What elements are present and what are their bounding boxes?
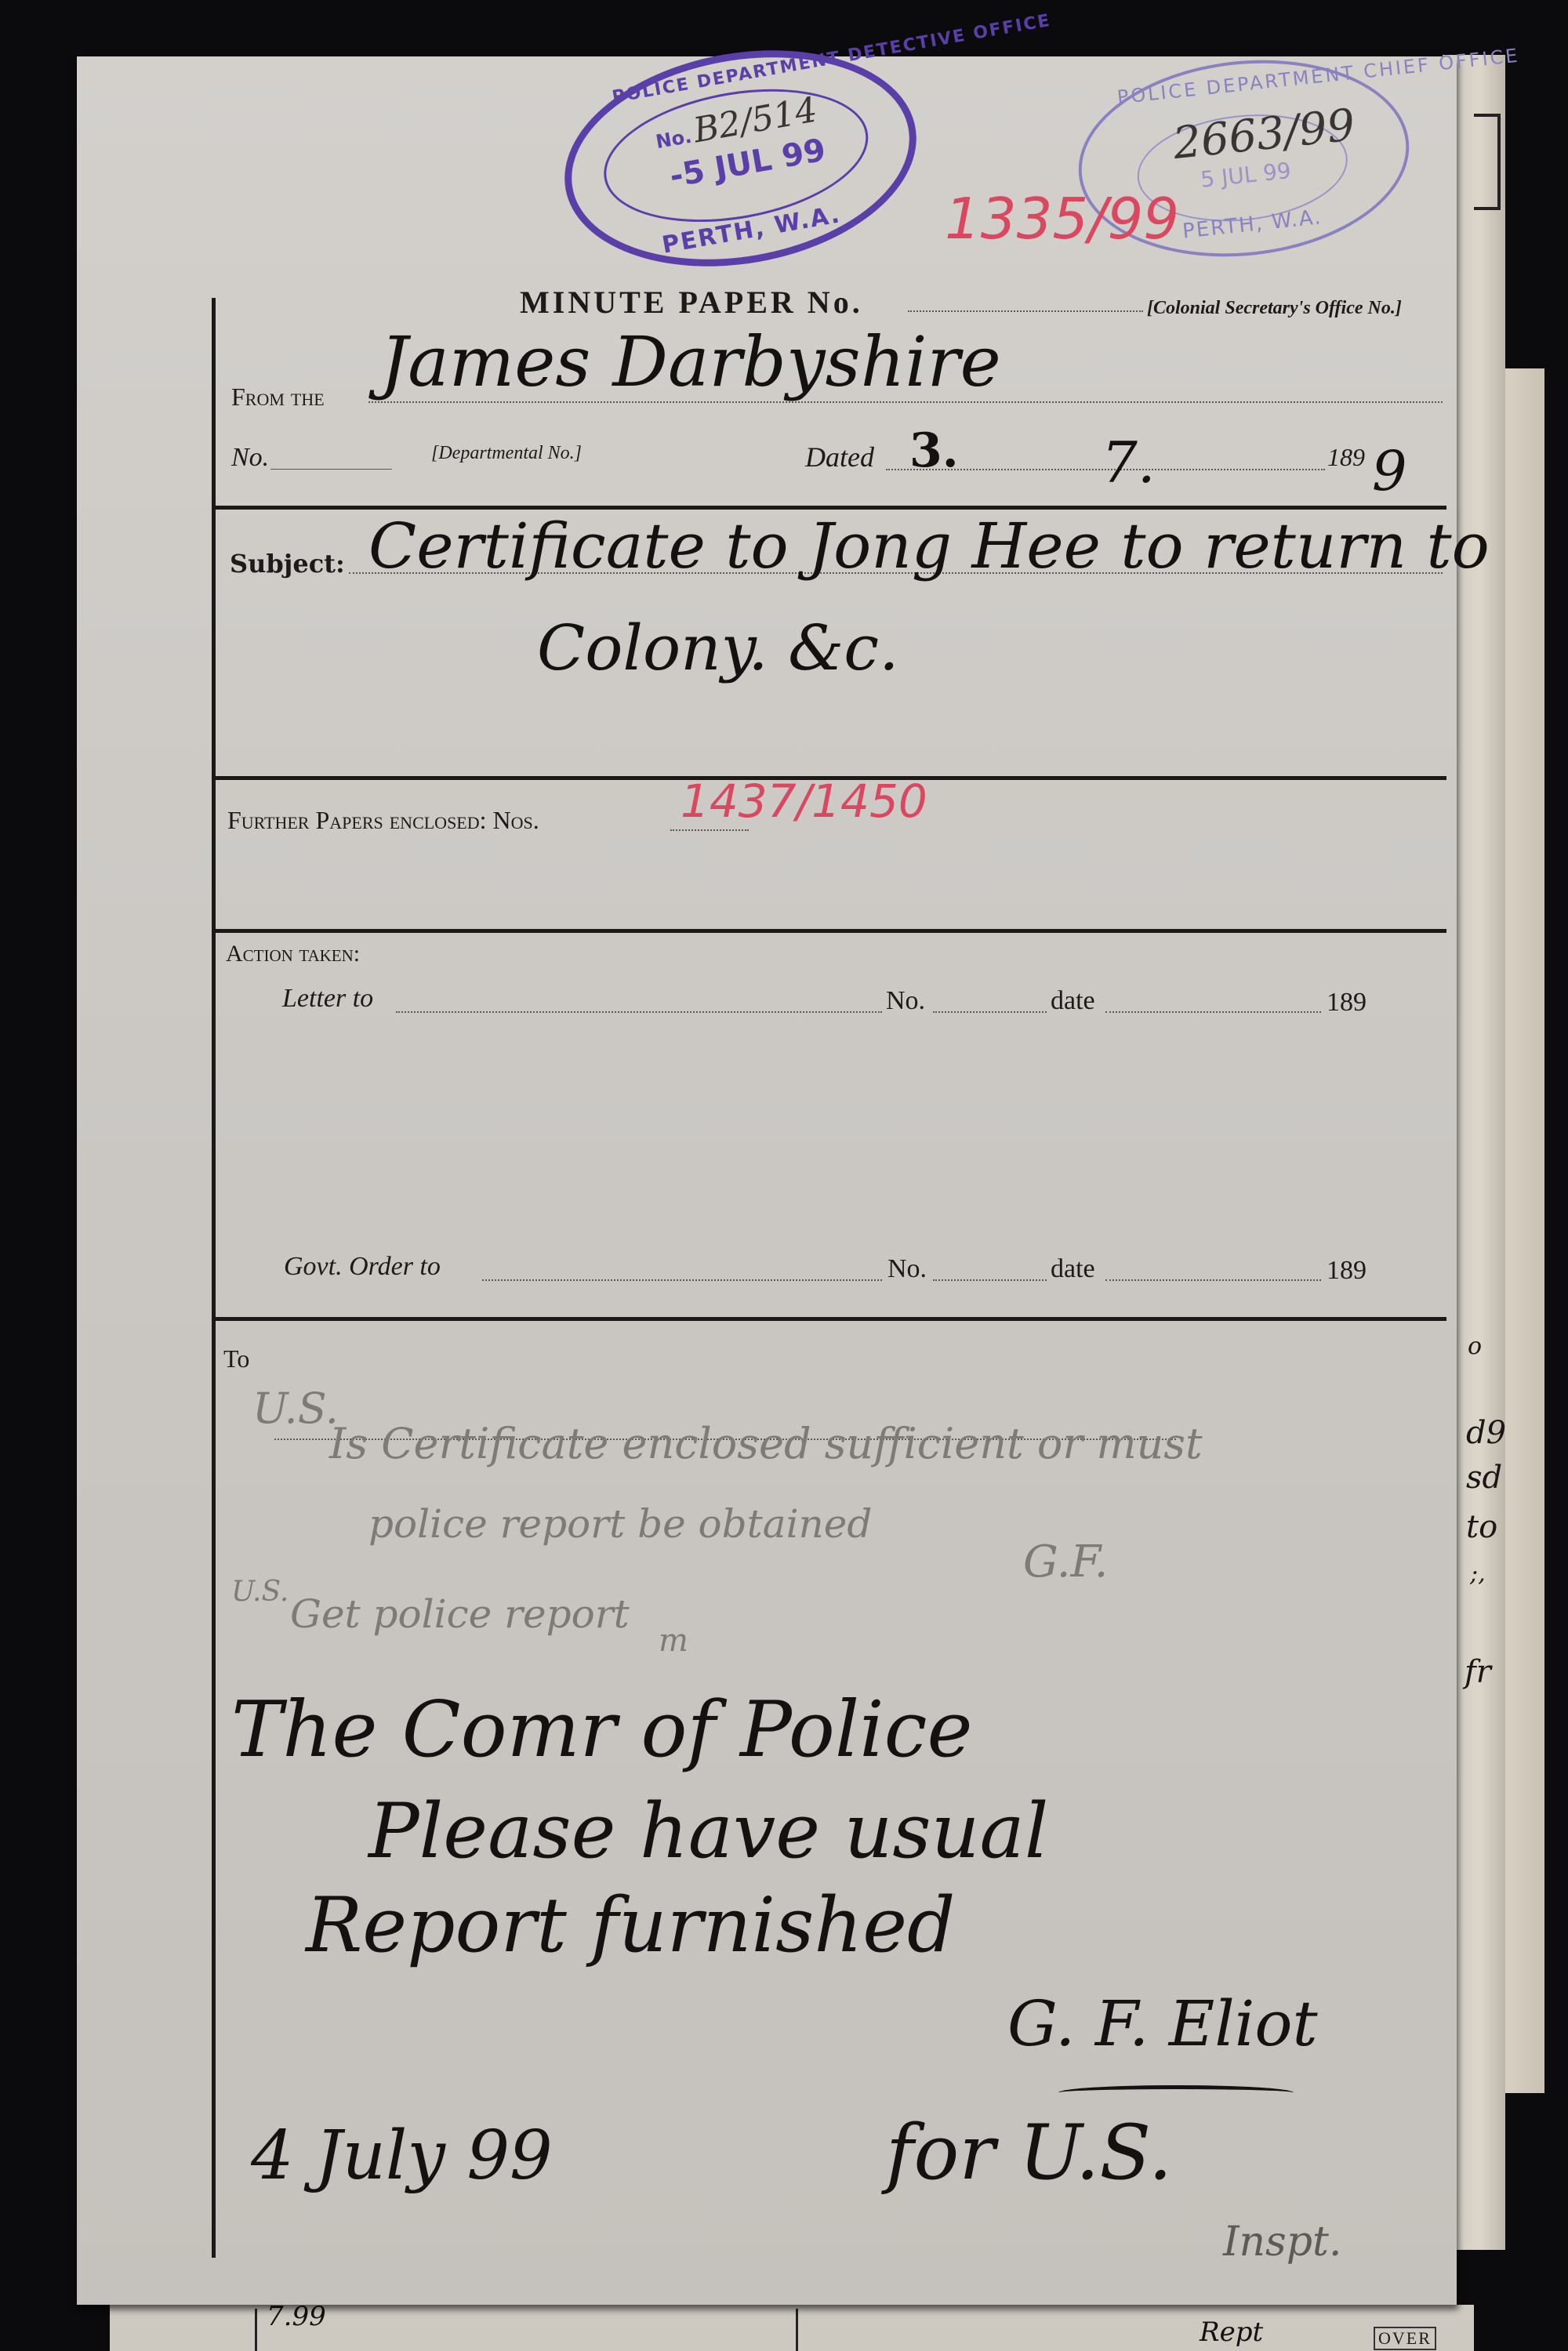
pencil-margin-note: U.S. — [231, 1576, 289, 1608]
letter-no-label: No. — [886, 986, 925, 1016]
minute-line-1: The Comr of Police — [231, 1685, 973, 1775]
underlying-sheet-far-right — [1505, 368, 1544, 2093]
dated-year-suffix: 9 — [1372, 439, 1407, 503]
letter-no-line — [933, 1011, 1047, 1013]
govt-date-line — [1105, 1279, 1321, 1281]
dated-label: Dated — [805, 441, 874, 473]
minute-line-3: Report furnished — [306, 1881, 955, 1969]
dated-year-prefix: 189 — [1327, 443, 1365, 472]
pencil-note-line-3: Get police report — [290, 1591, 630, 1637]
letter-to-line — [396, 1011, 882, 1013]
rule-below-action-taken — [212, 1317, 1446, 1321]
subject-line-2: Colony. &c. — [537, 611, 899, 684]
pencil-note-line-3-suffix: m — [659, 1623, 688, 1659]
govt-date-label: date — [1051, 1254, 1095, 1284]
pencil-note-initials: G.F. — [1023, 1536, 1108, 1587]
pencil-note-line-2: police report be obtained — [368, 1501, 872, 1547]
govt-order-label: Govt. Order to — [284, 1252, 441, 1282]
underlying-sheet-rule — [796, 2309, 798, 2351]
further-papers-line — [670, 829, 749, 831]
minute-for-label: for U.S. — [886, 2109, 1172, 2197]
govt-no-line — [933, 1279, 1047, 1281]
edge-note: fr — [1465, 1654, 1491, 1690]
edge-note: sd — [1466, 1460, 1502, 1496]
further-papers-label: Further Papers enclosed: Nos. — [227, 806, 539, 835]
inspector-note: Inspt. — [1223, 2219, 1341, 2266]
edge-note: o — [1468, 1333, 1482, 1360]
letter-date-line — [1105, 1011, 1321, 1013]
subject-line-1: Certificate to Jong Hee to return to — [368, 510, 1490, 582]
over-label: OVER — [1374, 2327, 1436, 2350]
form-title: MINUTE PAPER No. — [520, 284, 863, 321]
under-sheet-left-note: 7.99 — [267, 2301, 326, 2332]
colonial-office-label: [Colonial Secretary's Office No.] — [1147, 298, 1402, 319]
minute-signature: G. F. Eliot — [1007, 1987, 1318, 2060]
no-label: No. — [231, 443, 269, 473]
rule-below-further-papers — [212, 929, 1446, 933]
to-label: To — [223, 1344, 249, 1373]
letter-date-label: date — [1051, 986, 1095, 1016]
from-label: From the — [231, 383, 325, 412]
dated-month: 7. — [1102, 430, 1156, 495]
subject-label: Subject: — [230, 549, 345, 579]
departmental-no-line[interactable] — [270, 469, 392, 470]
action-taken-label: Action taken: — [226, 941, 360, 967]
pencil-margin-initials: U.S. — [252, 1384, 339, 1433]
underlying-sheet-bracket — [1474, 114, 1501, 210]
pencil-note-line-1: Is Certificate enclosed sufficient or mu… — [329, 1419, 1203, 1468]
from-value: James Darbyshire — [380, 321, 1001, 402]
minute-paper-number: 1335/99 — [945, 192, 1109, 245]
minute-number-line — [908, 310, 1143, 312]
minute-date: 4 July 99 — [251, 2117, 553, 2195]
edge-note: d9 — [1466, 1415, 1506, 1451]
govt-year: 189 — [1327, 1256, 1367, 1286]
dated-day: 3. — [909, 423, 959, 478]
letter-year: 189 — [1327, 988, 1367, 1018]
edge-note: to — [1466, 1509, 1497, 1545]
further-papers-value: 1437/1450 — [681, 780, 798, 823]
edge-note: ;, — [1470, 1560, 1486, 1587]
departmental-label: [Departmental No.] — [431, 443, 582, 464]
under-sheet-right-note: Rept — [1200, 2317, 1263, 2348]
signature-underline — [1058, 2085, 1294, 2100]
letter-to-label: Letter to — [282, 984, 373, 1014]
left-margin-rule — [212, 298, 216, 2258]
underlying-sheet-rule — [255, 2309, 257, 2351]
govt-order-line — [482, 1279, 882, 1281]
govt-no-label: No. — [887, 1254, 927, 1284]
minute-line-2: Please have usual — [368, 1787, 1048, 1875]
